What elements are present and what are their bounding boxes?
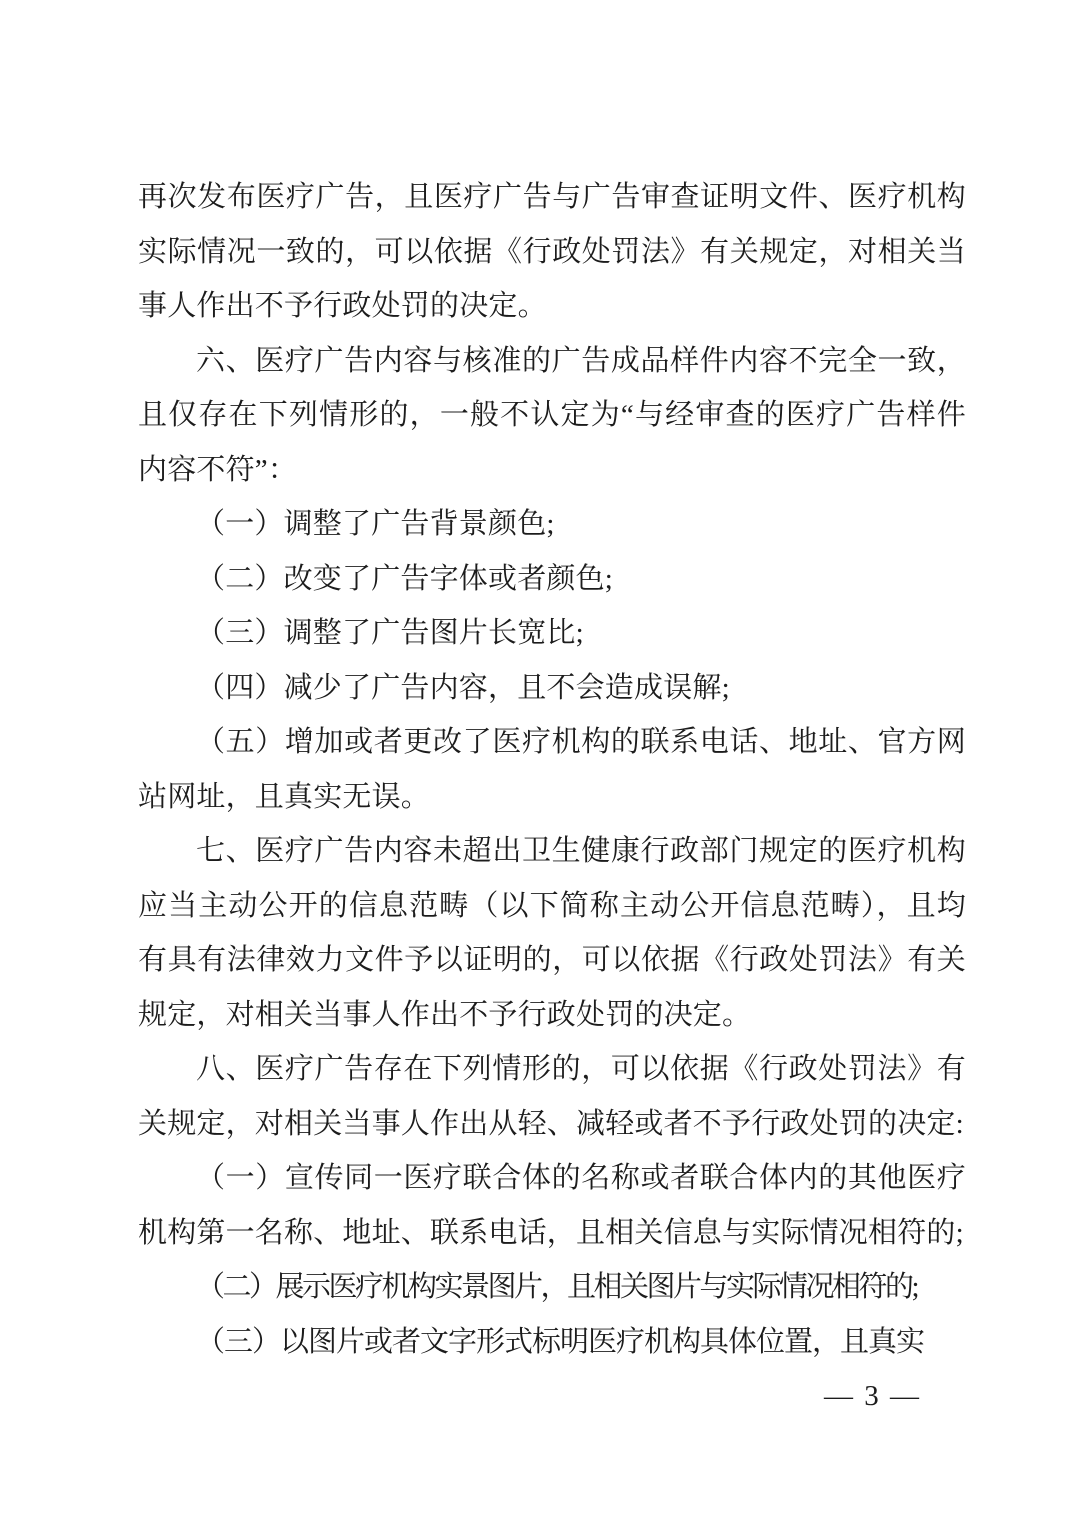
list-item: （一）宣传同一医疗联合体的名称或者联合体内的其他医疗机构第一名称、地址、联系电话…	[138, 1151, 966, 1260]
paragraph: 再次发布医疗广告，且医疗广告与广告审查证明文件、医疗机构实际情况一致的，可以依据…	[138, 170, 966, 334]
page-number: — 3 —	[138, 1369, 966, 1424]
list-item: （三）调整了广告图片长宽比;	[138, 606, 966, 661]
list-item: （三）以图片或者文字形式标明医疗机构具体位置，且真实	[138, 1315, 966, 1370]
list-item: （一）调整了广告背景颜色;	[138, 497, 966, 552]
paragraph: 七、医疗广告内容未超出卫生健康行政部门规定的医疗机构应当主动公开的信息范畴（以下…	[138, 824, 966, 1042]
document-body: 再次发布医疗广告，且医疗广告与广告审查证明文件、医疗机构实际情况一致的，可以依据…	[138, 170, 966, 1424]
list-item: （二）展示医疗机构实景图片，且相关图片与实际情况相符的;	[138, 1260, 966, 1315]
paragraph: 八、医疗广告存在下列情形的，可以依据《行政处罚法》有关规定，对相关当事人作出从轻…	[138, 1042, 966, 1151]
list-item: （四）减少了广告内容，且不会造成误解;	[138, 661, 966, 716]
list-item: （二）改变了广告字体或者颜色;	[138, 552, 966, 607]
paragraph: 六、医疗广告内容与核准的广告成品样件内容不完全一致，且仅存在下列情形的，一般不认…	[138, 334, 966, 498]
list-item: （五）增加或者更改了医疗机构的联系电话、地址、官方网站网址，且真实无误。	[138, 715, 966, 824]
document-page: 再次发布医疗广告，且医疗广告与广告审查证明文件、医疗机构实际情况一致的，可以依据…	[0, 0, 1080, 1528]
